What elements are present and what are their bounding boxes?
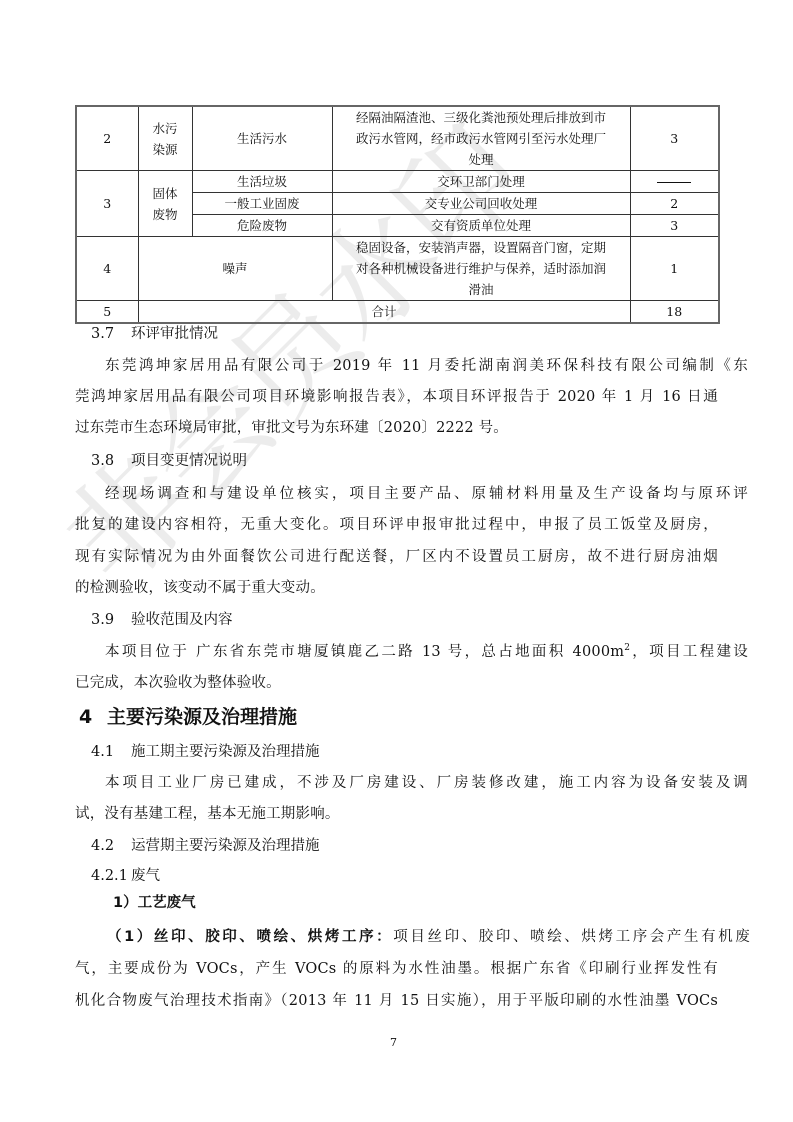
paragraph-line: 经现场调查和与建设单位核实，项目主要产品、原辅材料用量及生产设备均与原环评: [75, 482, 748, 503]
dash-placeholder: [657, 182, 691, 183]
paragraph-line: 莞鸿坤家居用品有限公司项目环境影响报告表》，本项目环评报告于 2020 年 1 …: [75, 385, 718, 406]
paragraph-line: 试，没有基建工程，基本无施工期影响。: [75, 802, 718, 823]
paragraph-line: 东莞鸿坤家居用品有限公司于 2019 年 11 月委托湖南润美环保科技有限公司编…: [75, 354, 748, 375]
table-row: 2 水污 染源 生活污水 经隔油隔渣池、三级化粪池预处理后排放到市 政污水管网，…: [76, 106, 719, 171]
row-number: 4: [76, 237, 138, 301]
measure-cell: 交专业公司回收处理: [332, 193, 630, 215]
total-value: 18: [630, 301, 719, 324]
row-number: 2: [76, 106, 138, 171]
source-cell: 危险废物: [192, 215, 332, 237]
section-heading-3-9: 3.9验收范围及内容: [91, 608, 233, 629]
category-cell: 噪声: [138, 237, 332, 301]
measure-cell: 经隔油隔渣池、三级化粪池预处理后排放到市 政污水管网，经市政污水管网引至污水处理…: [332, 106, 630, 171]
section-heading-3-7: 3.7环评审批情况: [91, 322, 218, 343]
page-number: 7: [390, 1036, 397, 1049]
section-heading-3-8: 3.8项目变更情况说明: [91, 449, 247, 470]
pollution-control-table: 2 水污 染源 生活污水 经隔油隔渣池、三级化粪池预处理后排放到市 政污水管网，…: [75, 105, 720, 324]
chapter-heading-4: 4主要污染源及治理措施: [79, 702, 297, 729]
paragraph-line: 批复的建设内容相符，无重大变化。项目环评申报审批过程中，申报了员工饭堂及厨房，: [75, 513, 718, 534]
measure-cell: 稳固设备，安装消声器，设置隔音门窗，定期 对各种机械设备进行维护与保养，适时添加…: [332, 237, 630, 301]
paragraph-line: 本项目工业厂房已建成，不涉及厂房建设、厂房装修改建，施工内容为设备安装及调: [75, 771, 748, 792]
paragraph-line: 机化合物废气治理技术指南》（2013 年 11 月 15 日实施），用于平版印刷…: [75, 989, 718, 1010]
section-heading-4-2-1: 4.2.1废气: [91, 864, 160, 885]
document-page: 非会员水印 2 水污 染源 生活污水 经隔油隔渣池、三级化粪池预处理后排放到市 …: [0, 0, 793, 1122]
source-cell: 生活污水: [192, 106, 332, 171]
source-cell: 生活垃圾: [192, 171, 332, 193]
investment-cell: 3: [630, 106, 719, 171]
section-heading-4-1: 4.1施工期主要污染源及治理措施: [91, 740, 320, 761]
subheading-process-gas: 1）工艺废气: [113, 891, 196, 912]
table-row: 4 噪声 稳固设备，安装消声器，设置隔音门窗，定期 对各种机械设备进行维护与保养…: [76, 237, 719, 301]
row-number: 3: [76, 171, 138, 237]
source-cell: 一般工业固废: [192, 193, 332, 215]
paragraph-line: 现有实际情况为由外面餐饮公司进行配送餐，厂区内不设置员工厨房，故不进行厨房油烟: [75, 545, 718, 566]
category-cell: 水污 染源: [138, 106, 192, 171]
row-number: 5: [76, 301, 138, 324]
measure-cell: 交环卫部门处理: [332, 171, 630, 193]
section-heading-4-2: 4.2运营期主要污染源及治理措施: [91, 834, 320, 855]
paragraph-line: 的检测验收，该变动不属于重大变动。: [75, 576, 718, 597]
paragraph-line: 气，主要成份为 VOCs，产生 VOCs 的原料为水性油墨。根据广东省《印刷行业…: [75, 957, 718, 978]
paragraph-line: （1）丝印、胶印、喷绘、烘烤工序：项目丝印、胶印、喷绘、烘烤工序会产生有机废: [75, 925, 750, 946]
table-row-total: 5 合计 18: [76, 301, 719, 324]
investment-cell: 1: [630, 237, 719, 301]
measure-cell: 交有资质单位处理: [332, 215, 630, 237]
total-label: 合计: [138, 301, 630, 324]
table-row: 3 固体 废物 生活垃圾 交环卫部门处理: [76, 171, 719, 193]
paragraph-line: 过东莞市生态环境局审批，审批文号为东环建〔2020〕2222 号。: [75, 416, 718, 437]
paragraph-line: 已完成，本次验收为整体验收。: [75, 671, 718, 692]
investment-cell: 2: [630, 193, 719, 215]
paragraph-line: 本项目位于 广东省东莞市塘厦镇鹿乙二路 13 号，总占地面积 4000m2，项目…: [75, 640, 748, 661]
category-cell: 固体 废物: [138, 171, 192, 237]
investment-cell: 3: [630, 215, 719, 237]
investment-cell: [630, 171, 719, 193]
